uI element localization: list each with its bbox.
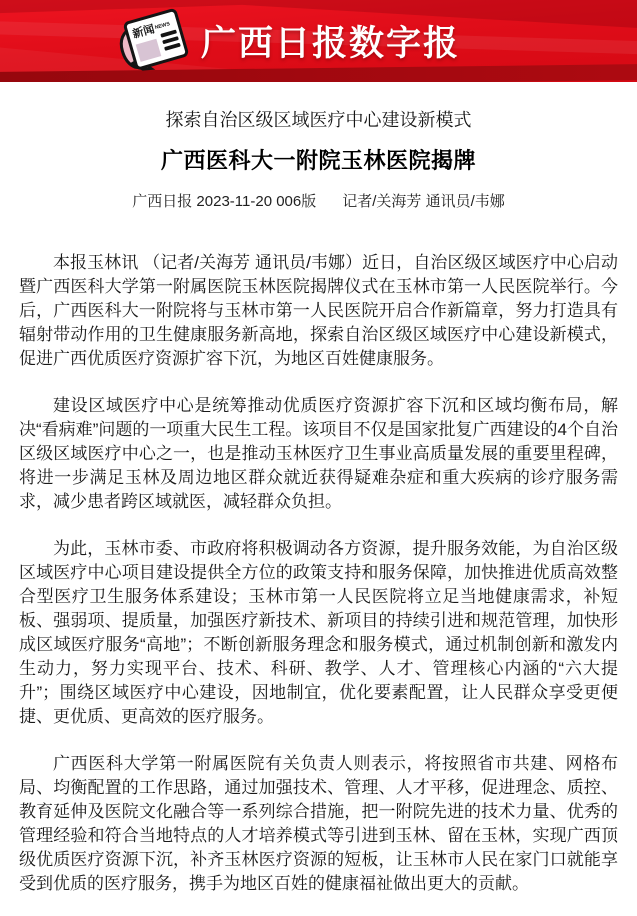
masthead-banner[interactable]: 新闻 NEWS 广西日报数字报 (0, 0, 637, 82)
meta-reporters: 记者/关海芳 通讯员/韦娜 (342, 193, 505, 210)
newspaper-icon: 新闻 NEWS (109, 6, 193, 78)
paragraph-3: 为此，玉林市委、市政府将积极调动各方资源，提升服务效能，为自治区级区域医疗中心项… (19, 537, 618, 729)
paragraph-2: 建设区域医疗中心是统筹推动优质医疗资源扩容下沉和区域均衡布局，解决“看病难”问题… (19, 394, 618, 514)
paragraph-1: 本报玉林讯 （记者/关海芳 通讯员/韦娜）近日，自治区级区域医疗中心启动暨广西医… (19, 251, 618, 371)
site-title: 广西日报数字报 (201, 16, 460, 66)
article-meta: 广西日报 2023-11-20 006版记者/关海芳 通讯员/韦娜 (19, 190, 618, 211)
article-kicker: 探索自治区级区域医疗中心建设新模式 (19, 106, 618, 132)
article-title: 广西医科大一附院玉林医院揭牌 (19, 144, 618, 175)
meta-source-date: 广西日报 2023-11-20 006版 (132, 193, 316, 210)
article-body: 本报玉林讯 （记者/关海芳 通讯员/韦娜）近日，自治区级区域医疗中心启动暨广西医… (19, 251, 618, 896)
page: 新闻 NEWS 广西日报数字报 探索自治区级区域医疗中心建设新模式 广西医科大一… (0, 0, 637, 916)
banner-content: 新闻 NEWS 广西日报数字报 (0, 0, 603, 82)
article: 探索自治区级区域医疗中心建设新模式 广西医科大一附院玉林医院揭牌 广西日报 20… (0, 82, 637, 916)
paragraph-4: 广西医科大学第一附属医院有关负责人则表示，将按照省市共建、网格布局、均衡配置的工… (19, 752, 618, 896)
